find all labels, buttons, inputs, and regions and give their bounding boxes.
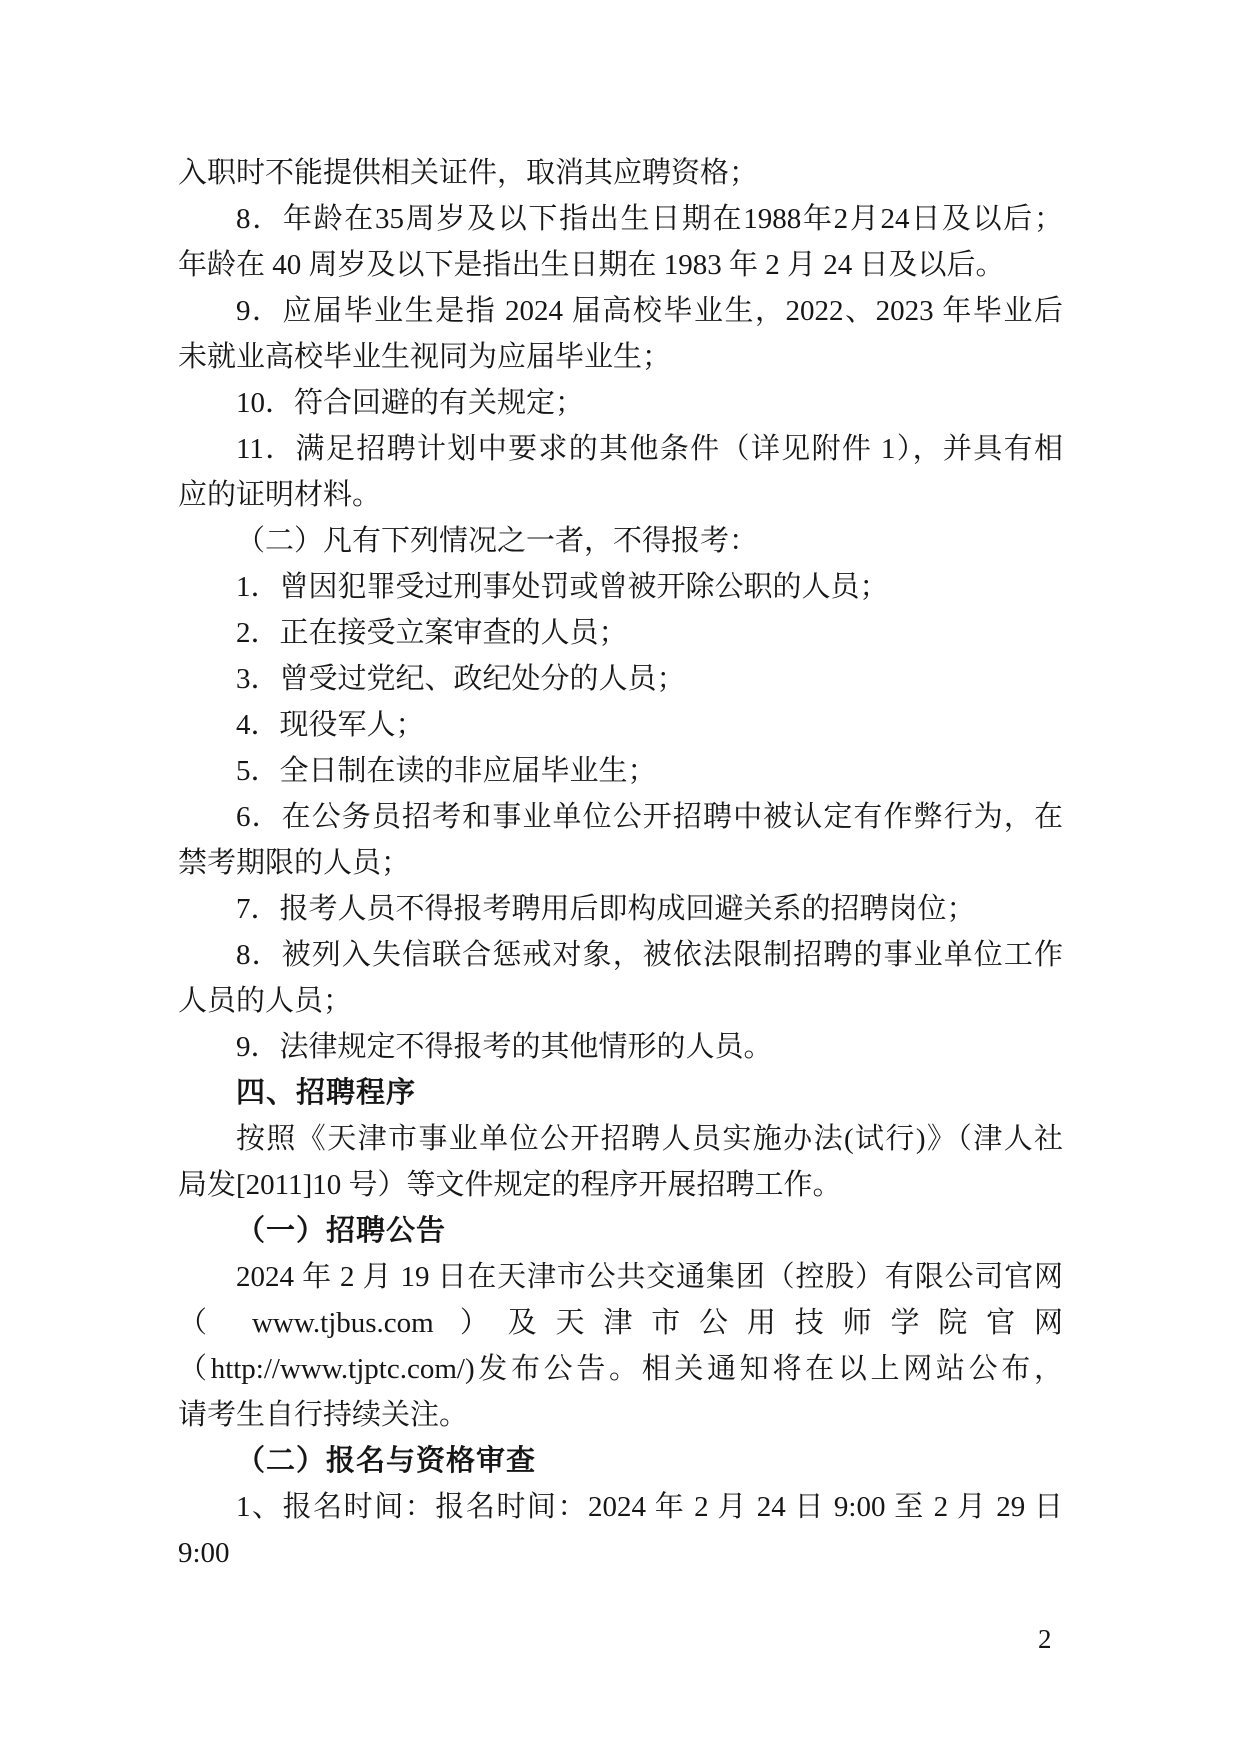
document-body: 入职时不能提供相关证件，取消其应聘资格；8．年龄在35周岁及以下指出生日期在19…	[178, 150, 1063, 1576]
section-heading: （一）招聘公告	[178, 1208, 1063, 1254]
text-line: 局发[2011]10 号）等文件规定的程序开展招聘工作。	[178, 1162, 1063, 1208]
text-line: （二）凡有下列情况之一者，不得报考：	[178, 518, 1063, 564]
text-line: 应的证明材料。	[178, 472, 1063, 518]
text-line: 7．报考人员不得报考聘用后即构成回避关系的招聘岗位；	[178, 886, 1063, 932]
text-line: 6．在公务员招考和事业单位公开招聘中被认定有作弊行为，在	[178, 794, 1063, 840]
text-line: 5．全日制在读的非应届毕业生；	[178, 748, 1063, 794]
section-heading: （二）报名与资格审查	[178, 1438, 1063, 1484]
text-line: 9．应届毕业生是指 2024 届高校毕业生，2022、2023 年毕业后	[178, 288, 1063, 334]
text-line: 2．正在接受立案审查的人员；	[178, 610, 1063, 656]
text-line: 8．年龄在35周岁及以下指出生日期在1988年2月24日及以后；	[178, 196, 1063, 242]
text-line: 9．法律规定不得报考的其他情形的人员。	[178, 1024, 1063, 1070]
text-line: 2024 年 2 月 19 日在天津市公共交通集团（控股）有限公司官网	[178, 1254, 1063, 1300]
text-line: 年龄在 40 周岁及以下是指出生日期在 1983 年 2 月 24 日及以后。	[178, 242, 1063, 288]
text-line: 1、报名时间：报名时间：2024 年 2 月 24 日 9:00 至 2 月 2…	[178, 1484, 1063, 1530]
page-number: 2	[1038, 1622, 1052, 1656]
text-line: 人员的人员；	[178, 978, 1063, 1024]
text-line: 请考生自行持续关注。	[178, 1392, 1063, 1438]
text-line: 1．曾因犯罪受过刑事处罚或曾被开除公职的人员；	[178, 564, 1063, 610]
document-page: 入职时不能提供相关证件，取消其应聘资格；8．年龄在35周岁及以下指出生日期在19…	[0, 0, 1240, 1753]
text-line: 禁考期限的人员；	[178, 840, 1063, 886]
text-line: 11．满足招聘计划中要求的其他条件（详见附件 1），并具有相	[178, 426, 1063, 472]
text-line: （http://www.tjptc.com/)发布公告。相关通知将在以上网站公布…	[178, 1346, 1063, 1392]
text-line: 入职时不能提供相关证件，取消其应聘资格；	[178, 150, 1063, 196]
text-line: 4．现役军人；	[178, 702, 1063, 748]
text-line: 3．曾受过党纪、政纪处分的人员；	[178, 656, 1063, 702]
text-line: 按照《天津市事业单位公开招聘人员实施办法(试行)》（津人社	[178, 1116, 1063, 1162]
text-line: （ www.tjbus.com ）及天津市公用技师学院官网	[178, 1300, 1063, 1346]
section-heading: 四、招聘程序	[178, 1070, 1063, 1116]
text-line: 10．符合回避的有关规定；	[178, 380, 1063, 426]
text-line: 9:00	[178, 1530, 1063, 1576]
text-line: 未就业高校毕业生视同为应届毕业生；	[178, 334, 1063, 380]
text-line: 8．被列入失信联合惩戒对象，被依法限制招聘的事业单位工作	[178, 932, 1063, 978]
